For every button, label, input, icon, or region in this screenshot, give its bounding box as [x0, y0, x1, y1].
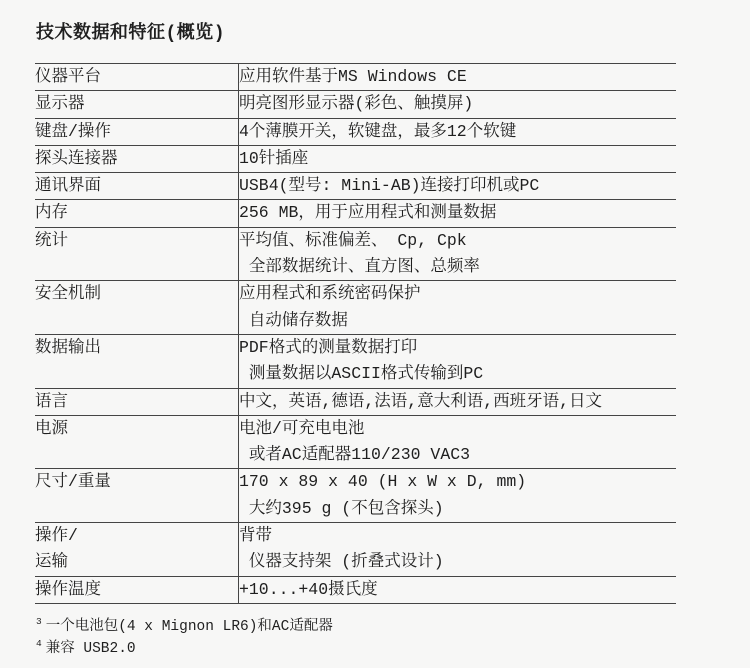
- spec-value-line: 或者AC适配器110/230 VAC3: [239, 442, 676, 468]
- table-row: 操作/运输背带 仪器支持架 (折叠式设计): [35, 523, 676, 577]
- spec-label: 通讯界面: [35, 173, 239, 200]
- spec-value: +10...+40摄氏度: [239, 576, 677, 603]
- spec-label-line: 内存: [35, 200, 238, 226]
- spec-label-line: 运输: [35, 549, 238, 575]
- table-row: 显示器明亮图形显示器(彩色、触摸屏): [35, 91, 676, 118]
- spec-label-line: 通讯界面: [35, 173, 238, 199]
- table-row: 语言中文，英语,德语,法语,意大利语,西班牙语,日文: [35, 388, 676, 415]
- spec-value: USB4(型号: Mini-AB)连接打印机或PC: [239, 173, 677, 200]
- spec-value-line: 明亮图形显示器(彩色、触摸屏): [239, 91, 676, 117]
- spec-value: 256 MB，用于应用程式和测量数据: [239, 200, 677, 227]
- spec-value-line: 中文，英语,德语,法语,意大利语,西班牙语,日文: [239, 389, 676, 415]
- spec-label: 统计: [35, 227, 239, 281]
- spec-label: 操作/运输: [35, 523, 239, 577]
- spec-label: 语言: [35, 388, 239, 415]
- table-row: 通讯界面USB4(型号: Mini-AB)连接打印机或PC: [35, 173, 676, 200]
- spec-value: 4个薄膜开关，软键盘，最多12个软键: [239, 118, 677, 145]
- table-row: 操作温度+10...+40摄氏度: [35, 576, 676, 603]
- table-row: 探头连接器10针插座: [35, 145, 676, 172]
- spec-value-line: +10...+40摄氏度: [239, 577, 676, 603]
- table-row: 键盘/操作4个薄膜开关，软键盘，最多12个软键: [35, 118, 676, 145]
- spec-label: 显示器: [35, 91, 239, 118]
- spec-value-line: 电池/可充电电池: [239, 416, 676, 442]
- spec-label: 内存: [35, 200, 239, 227]
- spec-label: 键盘/操作: [35, 118, 239, 145]
- spec-label-line: 操作温度: [35, 577, 238, 603]
- spec-label-line: 尺寸/重量: [35, 469, 238, 495]
- spec-value-line: 10针插座: [239, 146, 676, 172]
- spec-label: 尺寸/重量: [35, 469, 239, 523]
- footnote-text: 兼容 USB2.0: [46, 641, 136, 657]
- footnote-marker: 4: [36, 638, 42, 649]
- spec-value-line: 仪器支持架 (折叠式设计): [239, 549, 676, 575]
- spec-table: 仪器平台应用软件基于MS Windows CE显示器明亮图形显示器(彩色、触摸屏…: [35, 63, 676, 604]
- spec-value: PDF格式的测量数据打印 测量数据以ASCII格式传输到PC: [239, 334, 677, 388]
- spec-label-line: 安全机制: [35, 281, 238, 307]
- spec-value-line: 大约395 g (不包含探头): [239, 496, 676, 522]
- spec-value-line: 平均值、标准偏差、 Cp, Cpk: [239, 228, 676, 254]
- spec-value-line: 背带: [239, 523, 676, 549]
- spec-value: 中文，英语,德语,法语,意大利语,西班牙语,日文: [239, 388, 677, 415]
- table-row: 仪器平台应用软件基于MS Windows CE: [35, 64, 676, 91]
- spec-label: 安全机制: [35, 281, 239, 335]
- spec-label-line: 探头连接器: [35, 146, 238, 172]
- spec-value: 平均值、标准偏差、 Cp, Cpk 全部数据统计、直方图、总频率: [239, 227, 677, 281]
- spec-value-line: 4个薄膜开关，软键盘，最多12个软键: [239, 119, 676, 145]
- spec-value: 电池/可充电电池 或者AC适配器110/230 VAC3: [239, 415, 677, 469]
- spec-label-line: 统计: [35, 228, 238, 254]
- footnotes: 3一个电池包(4 x Mignon LR6)和AC适配器4兼容 USB2.0: [36, 616, 715, 660]
- spec-label: 仪器平台: [35, 64, 239, 91]
- spec-label-line: 语言: [35, 389, 238, 415]
- table-row: 统计平均值、标准偏差、 Cp, Cpk 全部数据统计、直方图、总频率: [35, 227, 676, 281]
- spec-value-line: 应用软件基于MS Windows CE: [239, 64, 676, 90]
- spec-label: 数据输出: [35, 334, 239, 388]
- table-row: 数据输出PDF格式的测量数据打印 测量数据以ASCII格式传输到PC: [35, 334, 676, 388]
- footnote-marker: 3: [36, 616, 42, 627]
- spec-label-line: 显示器: [35, 91, 238, 117]
- spec-value-line: 自动储存数据: [239, 308, 676, 334]
- spec-value-line: 全部数据统计、直方图、总频率: [239, 254, 676, 280]
- spec-label-line: 仪器平台: [35, 64, 238, 90]
- table-row: 电源电池/可充电电池 或者AC适配器110/230 VAC3: [35, 415, 676, 469]
- spec-label-line: 操作/: [35, 523, 238, 549]
- spec-value-line: 测量数据以ASCII格式传输到PC: [239, 361, 676, 387]
- spec-value-line: 170 x 89 x 40 (H x W x D, mm): [239, 469, 676, 495]
- spec-value: 背带 仪器支持架 (折叠式设计): [239, 523, 677, 577]
- spec-value: 10针插座: [239, 145, 677, 172]
- spec-value-line: 应用程式和系统密码保护: [239, 281, 676, 307]
- spec-label: 探头连接器: [35, 145, 239, 172]
- table-row: 安全机制应用程式和系统密码保护 自动储存数据: [35, 281, 676, 335]
- table-row: 内存256 MB，用于应用程式和测量数据: [35, 200, 676, 227]
- spec-label: 操作温度: [35, 576, 239, 603]
- spec-value: 170 x 89 x 40 (H x W x D, mm) 大约395 g (不…: [239, 469, 677, 523]
- spec-value: 应用程式和系统密码保护 自动储存数据: [239, 281, 677, 335]
- spec-value-line: USB4(型号: Mini-AB)连接打印机或PC: [239, 173, 676, 199]
- spec-page: 技术数据和特征(概览) 仪器平台应用软件基于MS Windows CE显示器明亮…: [0, 0, 750, 660]
- spec-value-line: 256 MB，用于应用程式和测量数据: [239, 200, 676, 226]
- spec-label: 电源: [35, 415, 239, 469]
- spec-value: 明亮图形显示器(彩色、触摸屏): [239, 91, 677, 118]
- spec-label-line: 电源: [35, 416, 238, 442]
- table-row: 尺寸/重量170 x 89 x 40 (H x W x D, mm) 大约395…: [35, 469, 676, 523]
- spec-value-line: PDF格式的测量数据打印: [239, 335, 676, 361]
- footnote: 3一个电池包(4 x Mignon LR6)和AC适配器: [36, 616, 715, 638]
- page-title: 技术数据和特征(概览): [36, 22, 715, 46]
- spec-label-line: 键盘/操作: [35, 119, 238, 145]
- footnote: 4兼容 USB2.0: [36, 638, 715, 660]
- spec-label-line: 数据输出: [35, 335, 238, 361]
- footnote-text: 一个电池包(4 x Mignon LR6)和AC适配器: [46, 619, 333, 635]
- spec-value: 应用软件基于MS Windows CE: [239, 64, 677, 91]
